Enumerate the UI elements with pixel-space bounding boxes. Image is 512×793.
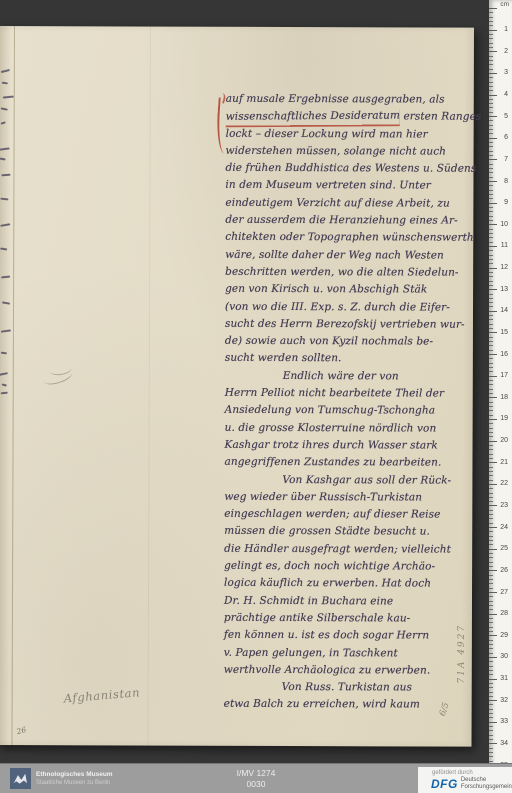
ruler-tick-minor <box>489 129 493 130</box>
ruler-tick-minor <box>489 319 493 320</box>
ruler-tick-minor <box>489 233 493 234</box>
manuscript-line: wissenschaftliches Desideratum ersten Ra… <box>226 108 478 126</box>
ruler-label: 21 <box>489 459 508 466</box>
ruler-tick-minor <box>489 402 493 403</box>
ruler-tick-minor <box>489 557 493 558</box>
ruler-tick-minor <box>489 384 493 385</box>
museum-text: Ethnologisches Museum Staatliche Museen … <box>36 771 113 787</box>
ruler-tick-minor <box>489 467 493 468</box>
manuscript-line: eindeutigem Verzicht auf diese Arbeit, z… <box>225 195 477 213</box>
pencil-annotation-place: Afghanistan <box>63 685 140 705</box>
museum-branding: Ethnologisches Museum Staatliche Museen … <box>10 768 113 789</box>
ruler-label: 27 <box>489 589 508 596</box>
ruler-unit-label: cm <box>489 1 509 8</box>
ruler-tick-minor <box>489 406 493 407</box>
handwritten-text-block: auf musale Ergebnisse ausgegraben, alswi… <box>224 91 478 715</box>
manuscript-line: werthvolle Archäologica zu erwerben. <box>224 662 476 680</box>
ruler-tick-minor <box>489 748 493 749</box>
manuscript-line: Dr. H. Schmidt in Buchara eine <box>224 592 476 610</box>
ruler-tick-minor <box>489 622 493 623</box>
ruler-tick-minor <box>489 756 493 757</box>
ruler-label: 18 <box>489 394 508 401</box>
ruler-tick-minor <box>489 207 493 208</box>
ruler-label: 17 <box>489 372 508 379</box>
ruler-tick-minor <box>489 583 493 584</box>
ruler-tick-minor <box>489 60 493 61</box>
ruler-label: 31 <box>489 675 508 682</box>
manuscript-line: prächtige antike Silberschale kau- <box>224 610 476 628</box>
ruler-tick-minor <box>489 666 493 667</box>
ruler-tick-minor <box>489 82 493 83</box>
ruler-tick-minor <box>489 752 493 753</box>
pencil-initials-mark <box>42 366 75 388</box>
ruler-label: 22 <box>489 480 508 487</box>
ruler-label: 29 <box>489 632 508 639</box>
ruler-label: 5 <box>489 113 508 120</box>
ruler-tick-minor <box>489 103 493 104</box>
ruler-label: 15 <box>489 329 508 336</box>
manuscript-line: v. Papen gelungen, in Taschkent <box>224 644 476 662</box>
ruler-tick-minor <box>489 164 493 165</box>
ruler-label: 28 <box>489 610 508 617</box>
ruler-tick-minor <box>489 185 493 186</box>
ruler-tick-minor <box>489 56 493 57</box>
ruler-tick-minor <box>489 670 493 671</box>
manuscript-line: de) sowie auch von Kyzil nochmals be- <box>225 333 477 351</box>
museum-name: Ethnologisches Museum <box>36 771 113 779</box>
manuscript-line: u. die grosse Klosterruine nördlich von <box>225 419 477 437</box>
ruler-tick-major <box>489 8 497 9</box>
manuscript-line: fen können u. ist es doch sogar Herrn <box>224 627 476 645</box>
manuscript-line: die frühen Buddhistica des Westens u. Sü… <box>225 160 477 178</box>
manuscript-line: Von Kashgar aus soll der Rück- <box>224 471 476 489</box>
ruler-tick-minor <box>489 229 493 230</box>
ruler-tick-minor <box>489 21 493 22</box>
ruler-tick-minor <box>489 471 493 472</box>
ruler-label: 8 <box>489 178 508 185</box>
pencil-annotation-code-rotated: 71A 4927 <box>457 594 467 684</box>
ruler-tick-minor <box>489 315 493 316</box>
ruler-tick-minor <box>489 151 493 152</box>
ruler-tick-minor <box>489 64 493 65</box>
ruler-tick-minor <box>489 618 493 619</box>
ruler-tick-minor <box>489 358 493 359</box>
ruler-tick-minor <box>489 17 493 18</box>
ruler-label: 16 <box>489 351 508 358</box>
ruler-tick-minor <box>489 216 493 217</box>
shelfmark: I/MV 1274 <box>237 768 276 779</box>
ruler-label: 3 <box>489 69 508 76</box>
manuscript-line: angegriffenen Zustandes zu bearbeiten. <box>224 454 476 472</box>
ruler-tick-minor <box>489 553 493 554</box>
ruler-tick-minor <box>489 518 493 519</box>
ruler-tick-minor <box>489 692 493 693</box>
manuscript-line: gen von Kirisch u. von Abschigh Stäk <box>225 281 477 299</box>
ruler-tick-minor <box>489 562 493 563</box>
manuscript-line: beschritten werden, wo die alten Siedelu… <box>225 264 477 282</box>
ruler-tick-minor <box>489 380 493 381</box>
ruler-label: 12 <box>489 264 508 271</box>
ruler-tick-minor <box>489 272 493 273</box>
ruler-tick-minor <box>489 142 493 143</box>
scan-page-number: 0030 <box>237 779 276 790</box>
manuscript-line: weg wieder über Russisch-Turkistan <box>224 489 476 507</box>
ruler-tick-minor <box>489 540 493 541</box>
ruler-tick-minor <box>489 704 493 705</box>
ruler-tick-minor <box>489 172 493 173</box>
manuscript-line: in dem Museum vertreten sind. Unter <box>225 177 477 195</box>
ruler-tick-minor <box>489 579 493 580</box>
ruler-label: 14 <box>489 307 508 314</box>
dfg-funding-block: gefördert durch DFG Deutsche Forschungsg… <box>418 767 512 793</box>
manuscript-line: eingeschlagen werden; auf dieser Reise <box>224 506 476 524</box>
scan-background: { "colors": { "ink": "#453e55", "red_pen… <box>0 0 512 793</box>
manuscript-line: wäre, sollte daher der Weg nach Westen <box>225 246 477 264</box>
ruler-label: 11 <box>489 242 508 249</box>
ruler-tick-minor <box>489 449 493 450</box>
ruler-label: 1 <box>489 26 508 33</box>
manuscript-page: auf musale Ergebnisse ausgegraben, alswi… <box>0 26 474 747</box>
ruler-label: 9 <box>489 199 508 206</box>
manuscript-line: sucht des Herrn Berezofskij vertrieben w… <box>225 316 477 334</box>
manuscript-line: chitekten oder Topographen wünschenswert… <box>225 229 477 247</box>
ruler-tick-minor <box>489 445 493 446</box>
ruler-tick-minor <box>489 648 493 649</box>
ruler-tick-minor <box>489 687 493 688</box>
ruler-tick-minor <box>489 531 493 532</box>
ruler-tick-minor <box>489 324 493 325</box>
manuscript-line: Endlich wäre der von <box>225 368 477 386</box>
ruler-tick-minor <box>489 497 493 498</box>
shelfmark-block: I/MV 1274 0030 <box>237 768 276 790</box>
ruler-tick-minor <box>489 510 493 511</box>
ruler-tick-minor <box>489 255 493 256</box>
ruler-tick-minor <box>489 661 493 662</box>
ruler-tick-minor <box>489 237 493 238</box>
ruler-tick-minor <box>489 726 493 727</box>
ruler-label: 7 <box>489 156 508 163</box>
ruler-tick-minor <box>489 601 493 602</box>
ruler-tick-minor <box>489 302 493 303</box>
pencil-annotation-number: 26 <box>16 725 28 736</box>
ruler-tick-minor <box>489 146 493 147</box>
funding-note: gefördert durch <box>432 770 512 776</box>
ruler-label: 4 <box>489 91 508 98</box>
museum-subtitle: Staatliche Museen zu Berlin <box>36 779 113 787</box>
ruler-tick-minor <box>489 428 493 429</box>
manuscript-line: die Händler ausgefragt werden; vielleich… <box>224 541 476 559</box>
ruler-tick-minor <box>489 345 493 346</box>
ruler-tick-minor <box>489 683 493 684</box>
ruler-tick-minor <box>489 125 493 126</box>
ruler-tick-minor <box>489 713 493 714</box>
ruler-label: 25 <box>489 545 508 552</box>
ruler-tick-minor <box>489 259 493 260</box>
ruler-label: 32 <box>489 697 508 704</box>
ruler-tick-minor <box>489 194 493 195</box>
ruler-tick-minor <box>489 454 493 455</box>
ruler-tick-minor <box>489 730 493 731</box>
dfg-logo: DFG Deutsche Forschungsgemeinschaft <box>431 777 512 790</box>
manuscript-line: gelingt es, doch noch wichtige Archäo- <box>224 558 476 576</box>
manuscript-line: müssen die grossen Städte besucht u. <box>224 523 476 541</box>
dfg-full-name: Deutsche Forschungsgemeinschaft <box>458 777 512 790</box>
ruler-tick-minor <box>489 211 493 212</box>
ruler-tick-minor <box>489 298 493 299</box>
red-underlined-text: wissenschaftliches Desideratum <box>226 108 400 127</box>
ruler-tick-minor <box>489 640 493 641</box>
ruler-label: 34 <box>489 740 508 747</box>
ruler-tick-minor <box>489 432 493 433</box>
ruler-label: 10 <box>489 221 508 228</box>
footer-bar: Ethnologisches Museum Staatliche Museen … <box>0 763 512 793</box>
ruler-label: 23 <box>489 502 508 509</box>
ruler-tick-minor <box>489 627 493 628</box>
ruler-label: 6 <box>489 134 508 141</box>
ruler-tick-minor <box>489 709 493 710</box>
ruler-tick-minor <box>489 99 493 100</box>
ruler-tick-minor <box>489 86 493 87</box>
ruler-tick-minor <box>489 605 493 606</box>
ruler-tick-minor <box>489 120 493 121</box>
manuscript-line: Ansiedelung von Tumschug-Tschongha <box>225 402 477 420</box>
manuscript-line: widerstehen müssen, solange nicht auch <box>226 143 478 161</box>
previous-page-ink-fragments <box>0 26 474 28</box>
ruler-tick-minor <box>489 363 493 364</box>
ruler-tick-minor <box>489 493 493 494</box>
ruler-label: 24 <box>489 524 508 531</box>
manuscript-line: (von wo die III. Exp. s. Z. durch die Ei… <box>225 298 477 316</box>
ruler-tick-minor <box>489 190 493 191</box>
ruler-tick-minor <box>489 410 493 411</box>
manuscript-line: logica käuflich zu erwerben. Hat doch <box>224 575 476 593</box>
manuscript-line: auf musale Ergebnisse ausgegraben, als <box>226 91 478 109</box>
ruler-tick-minor <box>489 367 493 368</box>
dfg-acronym: DFG <box>431 778 458 790</box>
ruler-tick-minor <box>489 596 493 597</box>
ruler-tick-minor <box>489 735 493 736</box>
manuscript-line: Von Russ. Turkistan aus <box>224 679 476 697</box>
ruler-tick-minor <box>489 644 493 645</box>
ruler-tick-minor <box>489 536 493 537</box>
ruler-label: 13 <box>489 286 508 293</box>
ruler-label: 2 <box>489 48 508 55</box>
ruler-tick-minor <box>489 107 493 108</box>
ruler-tick-minor <box>489 250 493 251</box>
ruler-tick-minor <box>489 38 493 39</box>
ruler-tick-minor <box>489 514 493 515</box>
manuscript-line: Herrn Pelliot nicht bearbeitete Theil de… <box>225 385 477 403</box>
ruler-tick-minor <box>489 34 493 35</box>
ruler-tick-minor <box>489 475 493 476</box>
cm-ruler: cm 1234567891011121314151617181920212223… <box>489 0 512 768</box>
manuscript-line: sucht werden sollten. <box>225 350 477 368</box>
manuscript-line: Kashgar trotz ihres durch Wasser stark <box>225 437 477 455</box>
ruler-tick-minor <box>489 341 493 342</box>
ruler-tick-minor <box>489 575 493 576</box>
manuscript-line: der ausserdem die Heranziehung eines Ar- <box>225 212 477 230</box>
ruler-tick-minor <box>489 281 493 282</box>
ruler-label: 19 <box>489 415 508 422</box>
ruler-label: 30 <box>489 653 508 660</box>
museum-logo-icon <box>10 768 31 789</box>
ruler-label: 26 <box>489 567 508 574</box>
ruler-tick-minor <box>489 12 493 13</box>
ruler-tick-minor <box>489 294 493 295</box>
ruler-tick-minor <box>489 43 493 44</box>
manuscript-line: lockt – dieser Lockung wird man hier <box>226 125 478 143</box>
ruler-tick-minor <box>489 389 493 390</box>
ruler-tick-minor <box>489 488 493 489</box>
ruler-tick-minor <box>489 337 493 338</box>
paper-crease <box>147 27 151 746</box>
ruler-label: 33 <box>489 718 508 725</box>
ruler-label: 20 <box>489 437 508 444</box>
ruler-tick-minor <box>489 276 493 277</box>
ruler-tick-minor <box>489 168 493 169</box>
ruler-tick-minor <box>489 423 493 424</box>
ruler-tick-minor <box>489 77 493 78</box>
